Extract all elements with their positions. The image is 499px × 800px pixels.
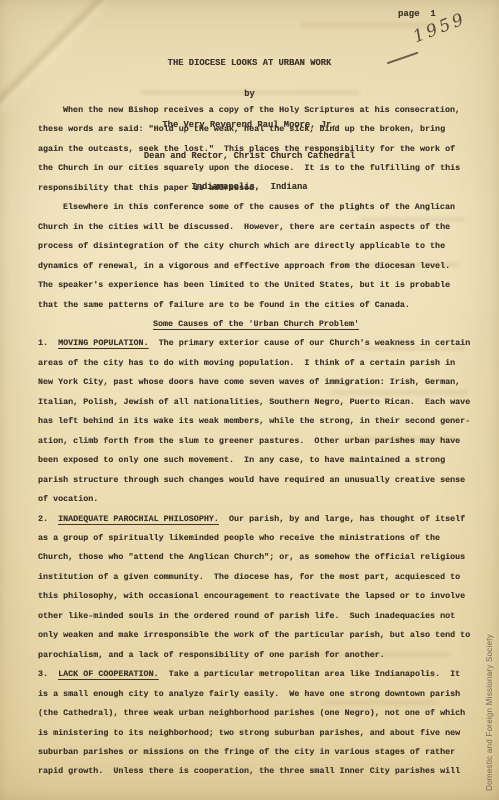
section-1-head: MOVING POPULATION. (58, 338, 148, 348)
section-2-paragraph: 2. INADEQUATE PAROCHIAL PHILOSOPHY. Our … (38, 510, 474, 666)
section-1-paragraph: 1. MOVING POPULATION. The primary exteri… (38, 334, 474, 509)
document-page: page 1 1959 THE DIOCESE LOOKS AT URBAN W… (0, 0, 499, 800)
document-body: When the new Bishop receives a copy of t… (38, 101, 474, 782)
paragraph-1: When the new Bishop receives a copy of t… (38, 101, 474, 198)
section-2-head: INADEQUATE PAROCHIAL PHILOSOPHY. (58, 514, 219, 524)
section-3-number: 3. (38, 669, 58, 679)
section-1-first-line: The primary exterior cause of our Church… (149, 338, 471, 348)
section-1-lines: areas of the city has to do with moving … (38, 354, 474, 510)
section-3-head: LACK OF COOPERATION. (58, 669, 159, 679)
paragraph-2: Elsewhere in this conference some of the… (38, 198, 474, 315)
section-2-first-line: Our parish, by and large, has thought of… (219, 514, 465, 524)
byline: by (0, 89, 499, 99)
page-number-label: page 1 (398, 9, 436, 19)
section-2-number: 2. (38, 514, 58, 524)
section-3-lines: is a small enough city to analyze fairly… (38, 685, 474, 782)
section-2-lines: as a group of spiritually likeminded peo… (38, 529, 474, 665)
section-heading-line: Some Causes of the 'Urban Church Problem… (38, 315, 474, 334)
document-title: THE DIOCESE LOOKS AT URBAN WORK (0, 58, 499, 68)
archive-stamp-vertical-label: Domestic and Foreign Missionary Society (485, 634, 494, 791)
section-3-paragraph: 3. LACK OF COOPERATION. Take a particula… (38, 665, 474, 782)
section-1-number: 1. (38, 338, 58, 348)
section-3-first-line: Take a particular metropolitan area like… (159, 669, 461, 679)
section-heading-text: Some Causes of the 'Urban Church Problem… (153, 319, 359, 329)
